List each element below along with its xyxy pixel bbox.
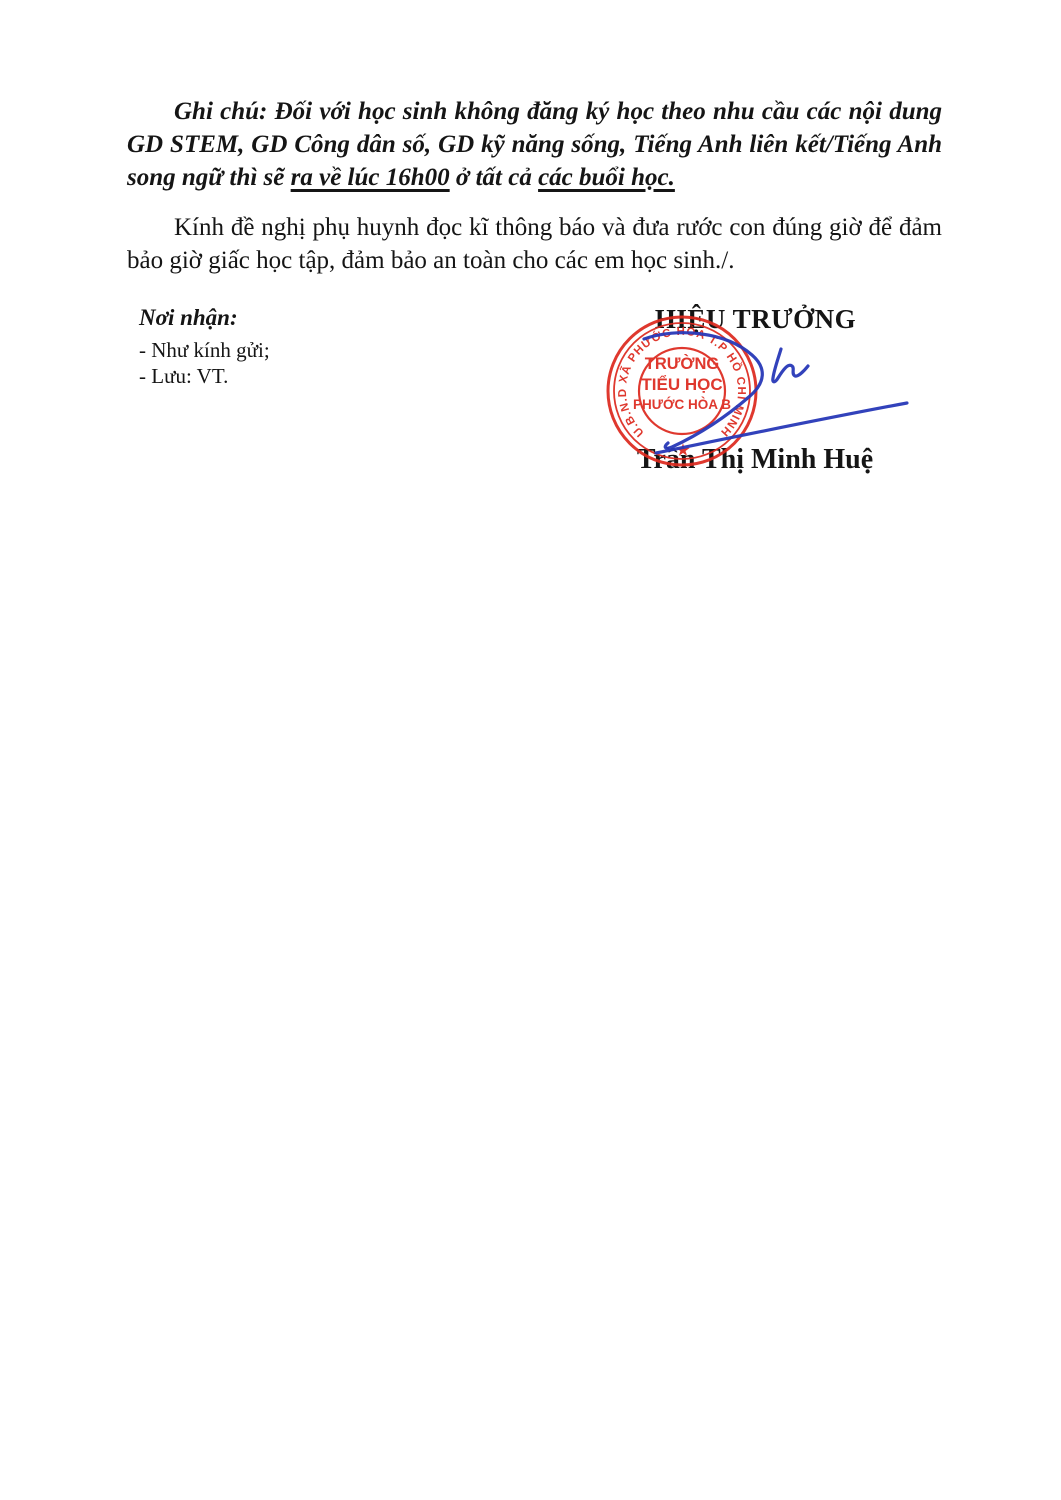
request-paragraph: Kính đề nghị phụ huynh đọc kĩ thông báo … [127, 211, 942, 277]
note-text-middle: ở tất cả [450, 164, 538, 191]
recipients-item: - Lưu: VT. [139, 363, 270, 389]
signature-strokes [644, 333, 907, 453]
document-page: Ghi chú: Đối với học sinh không đăng ký … [0, 0, 1061, 1500]
principal-signature [630, 325, 920, 465]
note-underlined-dismissal-time: ra về lúc 16h00 [291, 164, 450, 191]
recipients-title: Nơi nhận: [139, 305, 270, 331]
note-paragraph: Ghi chú: Đối với học sinh không đăng ký … [127, 95, 942, 194]
recipients-block: Nơi nhận: - Như kính gửi; - Lưu: VT. [139, 305, 270, 389]
recipients-item: - Như kính gửi; [139, 337, 270, 363]
note-underlined-sessions: các buổi học. [538, 164, 675, 191]
